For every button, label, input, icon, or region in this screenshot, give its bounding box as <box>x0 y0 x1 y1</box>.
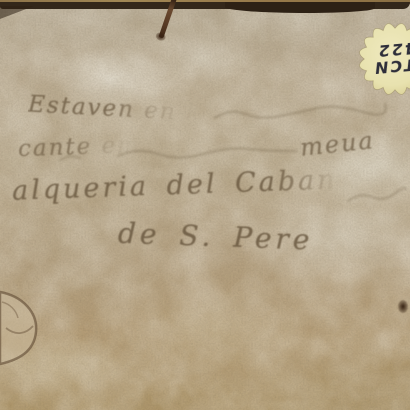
plaster-surface <box>0 0 410 410</box>
inscription-line-4: de S. Pere <box>117 217 314 257</box>
sticker-label: TCN 422 <box>355 26 410 91</box>
sticker-number: 422 <box>376 39 410 59</box>
inscription-line-2-start: cante em <box>18 132 142 162</box>
dark-spot <box>398 300 408 313</box>
sticker: TCN 422 <box>354 18 410 100</box>
photo-back-of-panel: Estaven en k cante em meua alqueria del … <box>0 0 410 410</box>
